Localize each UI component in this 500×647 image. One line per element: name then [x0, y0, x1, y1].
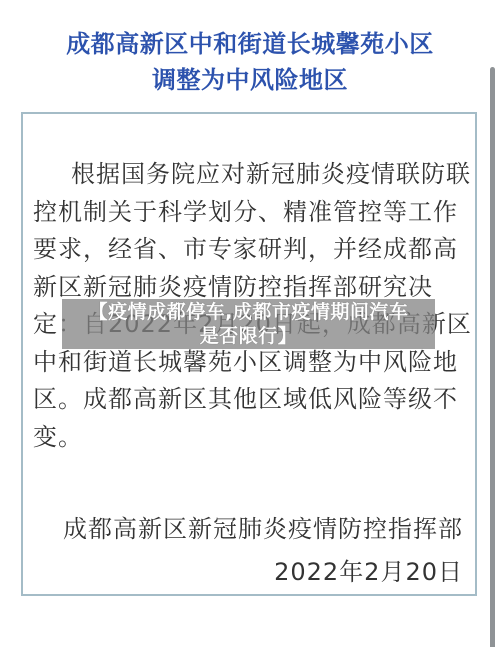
notice-signature-block: 成都高新区新冠肺炎疫情防控指挥部 2022年2月20日	[33, 508, 473, 594]
notice-signature: 成都高新区新冠肺炎疫情防控指挥部	[33, 508, 463, 551]
watermark-line-1: 【疫情成都停车,成都市疫情期间汽车	[89, 300, 409, 324]
notice-body-box: 根据国务院应对新冠肺炎疫情联防联控机制关于科学划分、精准管控等工作要求，经省、市…	[21, 112, 477, 596]
scrollbar-thumb[interactable]	[490, 67, 495, 647]
page-title: 成都高新区中和街道长城馨苑小区 调整为中风险地区	[0, 26, 500, 98]
notice-date: 2022年2月20日	[33, 551, 463, 594]
watermark-caption-overlay: 【疫情成都停车,成都市疫情期间汽车 是否限行】	[62, 299, 435, 349]
watermark-line-2: 是否限行】	[200, 324, 298, 348]
scrollbar-track[interactable]	[489, 0, 496, 647]
notice-page: 成都高新区中和街道长城馨苑小区 调整为中风险地区 根据国务院应对新冠肺炎疫情联防…	[0, 0, 500, 647]
page-title-line-2: 调整为中风险地区	[0, 62, 500, 98]
page-title-line-1: 成都高新区中和街道长城馨苑小区	[0, 26, 500, 62]
